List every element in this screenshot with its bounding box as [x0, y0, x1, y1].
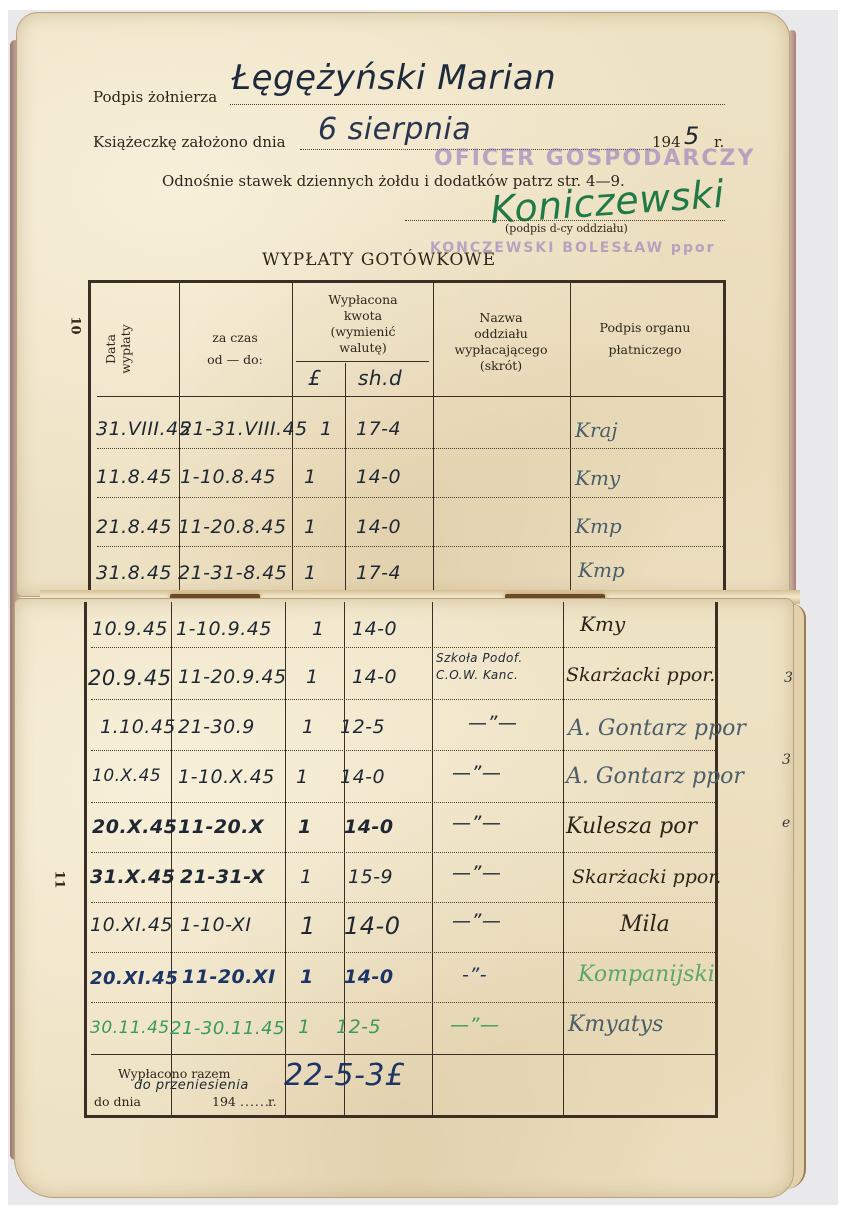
- col-header-unit: Nazwa oddziału wypłacającego (skrót): [436, 310, 566, 374]
- page-number-11: 11: [52, 870, 67, 888]
- section-title: WYPŁATY GOTÓWKOWE: [262, 250, 496, 270]
- amount-subheader-shillings-pence: sh.d: [358, 366, 402, 390]
- page-number-10: 10: [68, 316, 83, 334]
- commander-signature-label: (podpis d-cy oddziału): [505, 222, 628, 235]
- book-created-label: Książeczkę założono dnia: [93, 133, 286, 151]
- stamp-officer: OFICER GOSPODARCZY: [434, 146, 755, 171]
- soldier-signature: Łęgężyński Marian: [232, 58, 556, 98]
- margin-note: e: [782, 815, 790, 831]
- book-created-date: 6 sierpnia: [318, 112, 471, 147]
- margin-note: 3: [784, 670, 793, 686]
- soldier-signature-line: [230, 104, 725, 105]
- col-header-date: Data wypłaty: [103, 309, 133, 389]
- col-header-signature: Podpis organu płatniczego: [570, 320, 720, 358]
- commander-signature-line: [405, 220, 725, 221]
- col-header-period: za czas od — do:: [180, 330, 290, 368]
- col-header-amount: Wypłacona kwota (wymienić walutę): [293, 292, 433, 356]
- margin-note: 3: [782, 752, 791, 768]
- amount-subheader-pounds: £: [308, 366, 321, 390]
- soldier-signature-label: Podpis żołnierza: [93, 88, 217, 106]
- total-amount: 22-5-3£: [284, 1058, 405, 1093]
